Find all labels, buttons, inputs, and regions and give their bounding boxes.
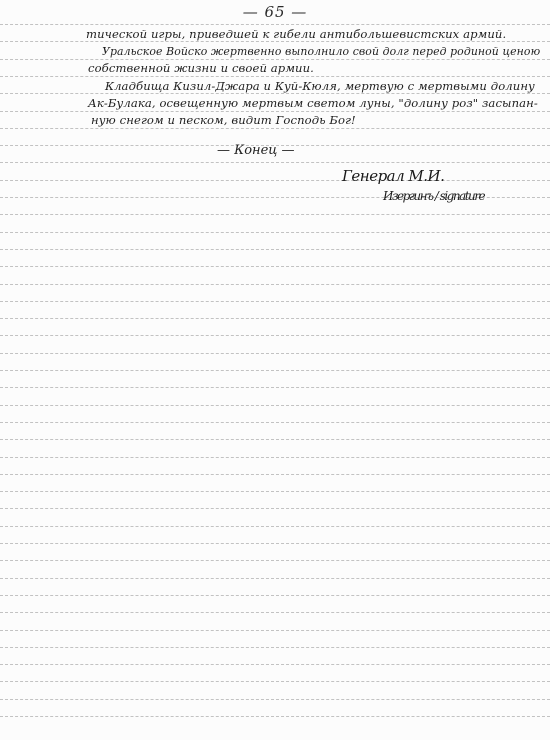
ruled-line bbox=[0, 630, 550, 631]
text-line-1: тической игры, приведшей к гибели антибо… bbox=[86, 27, 506, 41]
ruled-line bbox=[0, 560, 550, 561]
ruled-lines bbox=[0, 0, 550, 740]
ruled-line bbox=[0, 76, 550, 77]
ruled-line bbox=[0, 232, 550, 233]
manuscript-page: — 65 — тической игры, приведшей к гибели… bbox=[0, 0, 550, 740]
page-number: — 65 — bbox=[0, 3, 550, 21]
ruled-line bbox=[0, 111, 550, 112]
ruled-line bbox=[0, 491, 550, 492]
ruled-line bbox=[0, 457, 550, 458]
ruled-line bbox=[0, 318, 550, 319]
ruled-line bbox=[0, 647, 550, 648]
ruled-line bbox=[0, 162, 550, 163]
ruled-line bbox=[0, 543, 550, 544]
ruled-line bbox=[0, 335, 550, 336]
ruled-line bbox=[0, 387, 550, 388]
text-line-4: Кладбища Кизил-Джара и Куй-Кюля, мертвую… bbox=[105, 79, 535, 93]
text-line-2: Уральское Войско жертвенно выполнило сво… bbox=[102, 44, 540, 58]
ruled-line bbox=[0, 595, 550, 596]
ruled-line bbox=[0, 41, 550, 42]
ruled-line bbox=[0, 24, 550, 25]
ruled-line bbox=[0, 578, 550, 579]
ruled-line bbox=[0, 439, 550, 440]
ruled-line bbox=[0, 128, 550, 129]
ruled-line bbox=[0, 301, 550, 302]
ruled-line bbox=[0, 699, 550, 700]
ruled-line bbox=[0, 249, 550, 250]
ruled-line bbox=[0, 93, 550, 94]
ruled-line bbox=[0, 664, 550, 665]
ruled-line bbox=[0, 422, 550, 423]
end-mark: — Конец — bbox=[217, 143, 294, 158]
ruled-line bbox=[0, 405, 550, 406]
ruled-line bbox=[0, 180, 550, 181]
ruled-line bbox=[0, 370, 550, 371]
ruled-line bbox=[0, 284, 550, 285]
text-line-3: собственной жизни и своей армии. bbox=[88, 61, 314, 75]
ruled-line bbox=[0, 266, 550, 267]
ruled-line bbox=[0, 526, 550, 527]
ruled-line bbox=[0, 716, 550, 717]
ruled-line bbox=[0, 353, 550, 354]
ruled-line bbox=[0, 508, 550, 509]
ruled-line bbox=[0, 59, 550, 60]
signature-line-2: Изергинъ / signature bbox=[383, 189, 484, 203]
signature-line-1: Генерал М.И. bbox=[342, 167, 444, 185]
ruled-line bbox=[0, 612, 550, 613]
ruled-line bbox=[0, 214, 550, 215]
ruled-line bbox=[0, 474, 550, 475]
text-line-5: Ак-Булака, освещенную мертвым светом лун… bbox=[88, 96, 538, 110]
ruled-line bbox=[0, 681, 550, 682]
text-line-6: ную снегом и песком, видит Господь Бог! bbox=[91, 113, 356, 127]
